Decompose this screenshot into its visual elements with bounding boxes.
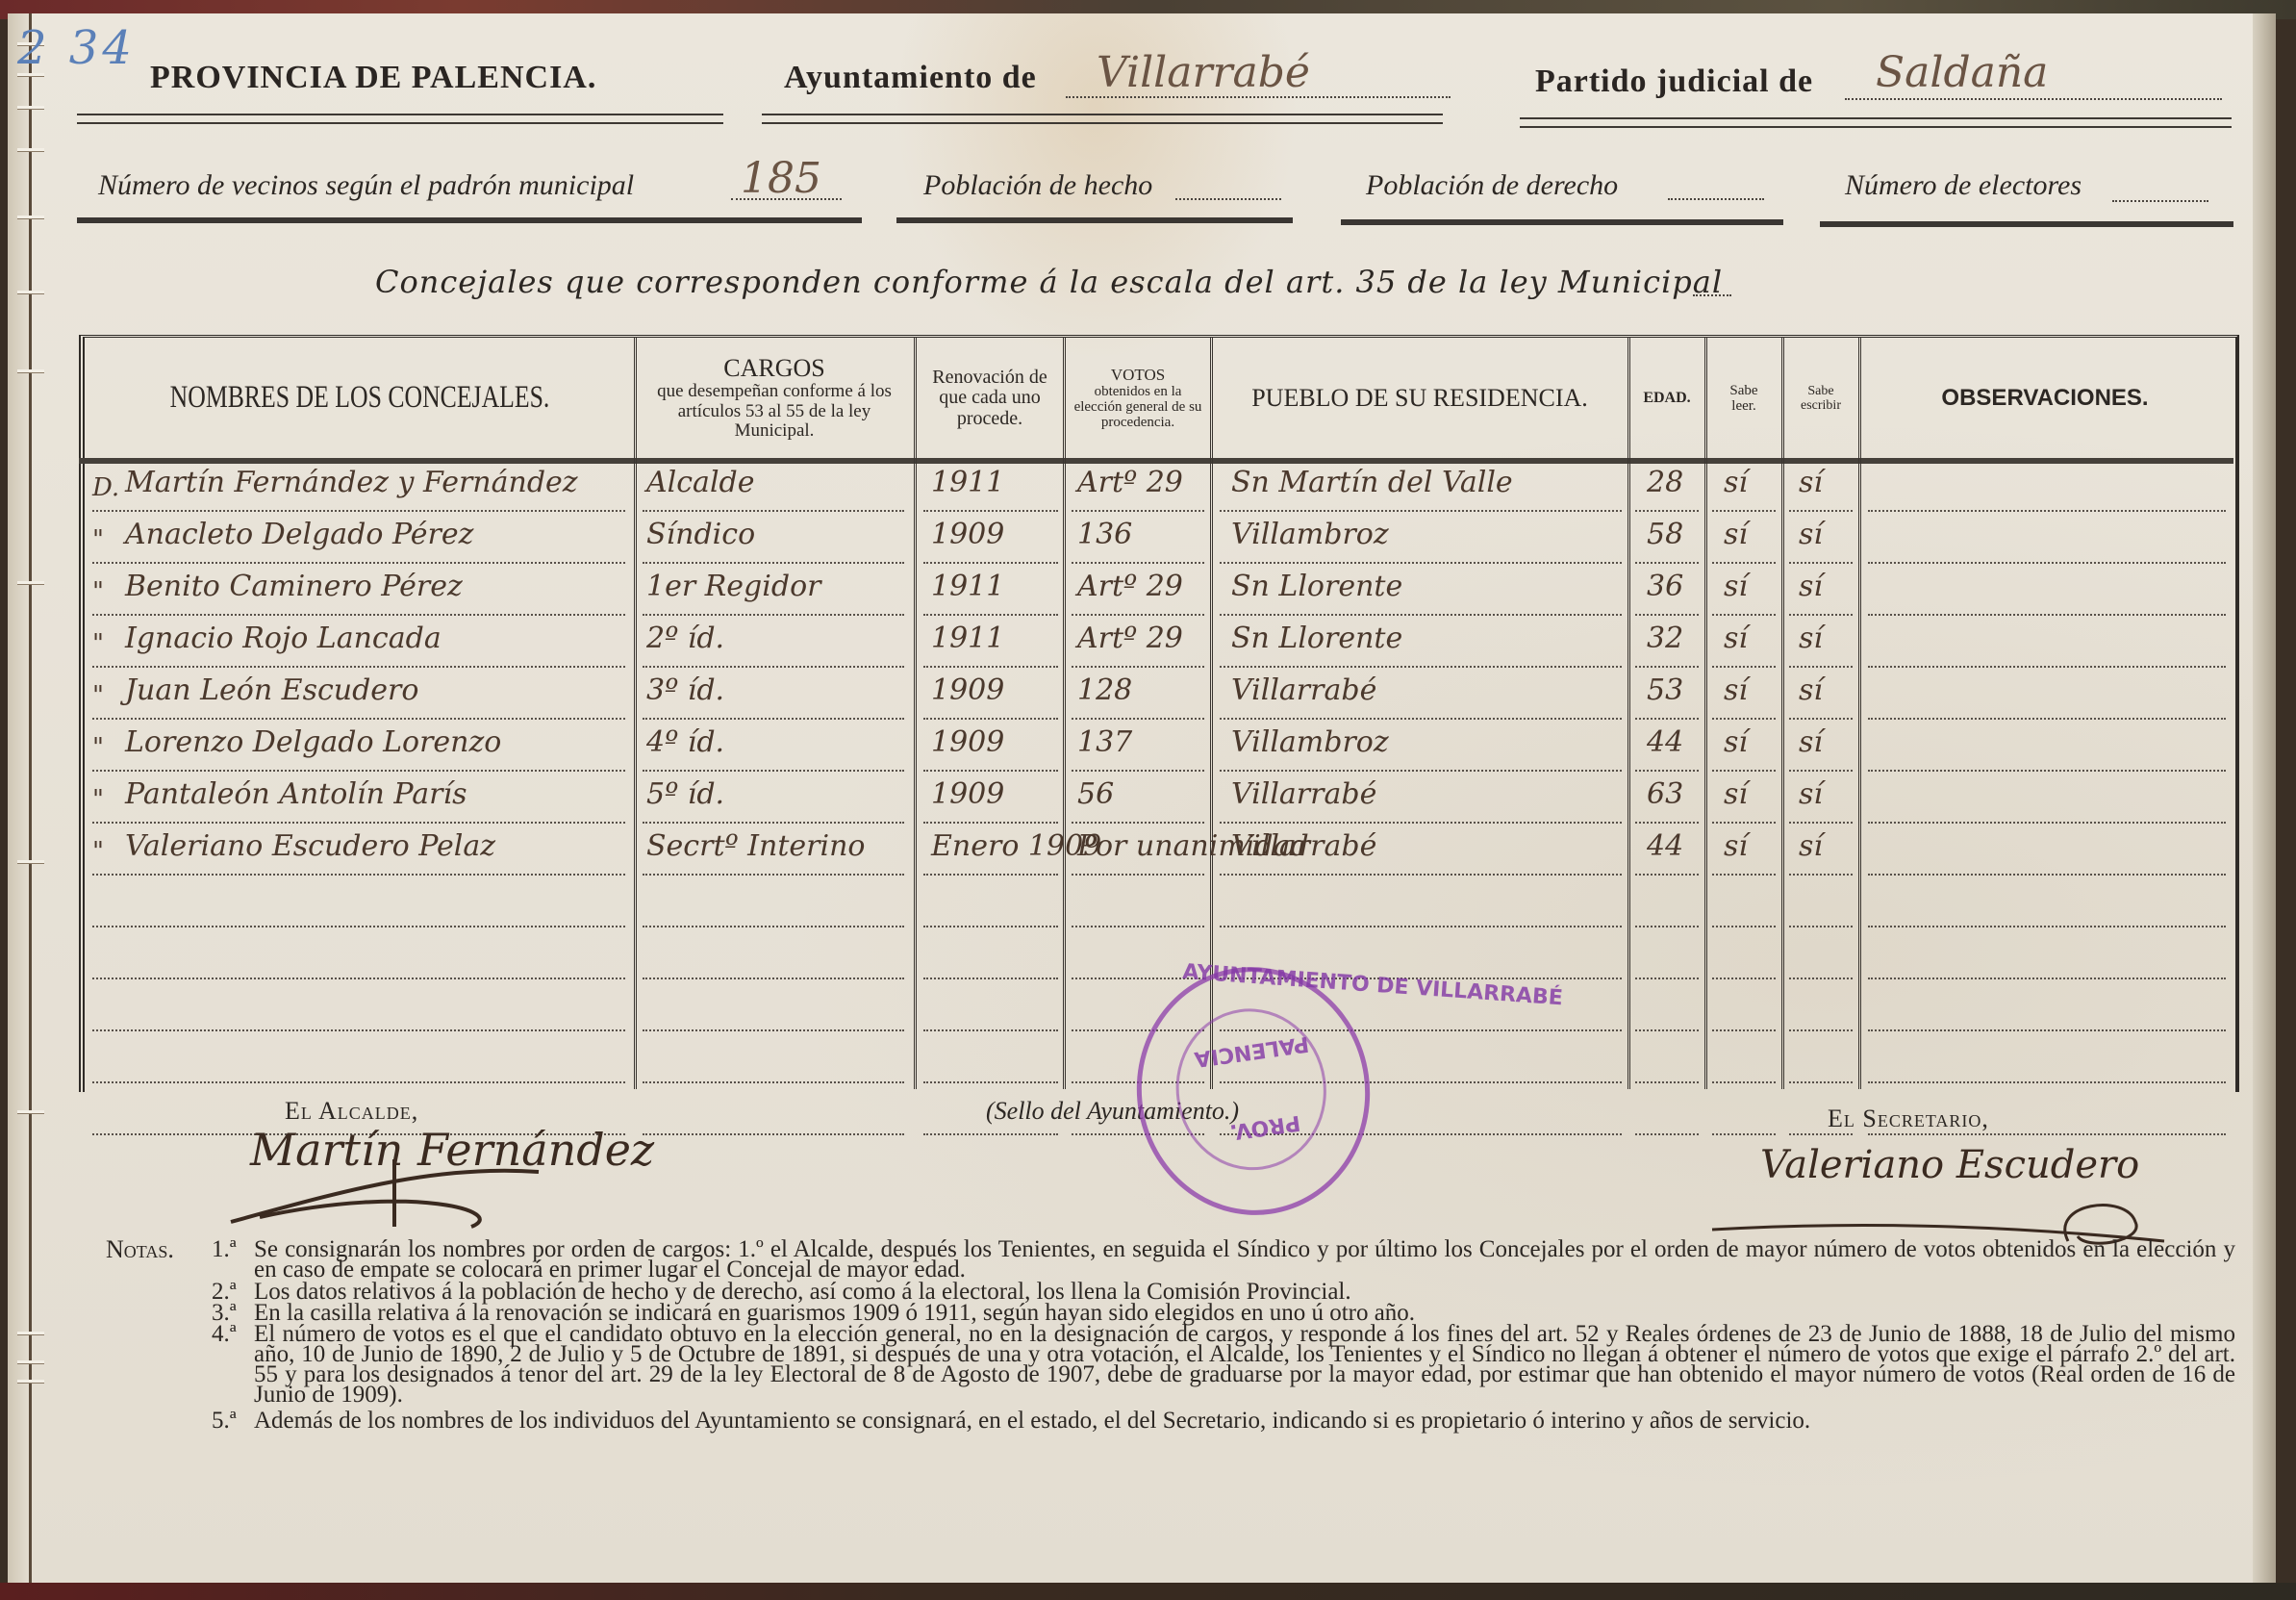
row-dotted-line	[1789, 770, 1853, 772]
row-dotted-line	[1712, 666, 1776, 668]
cell-renovacion: 1909	[931, 518, 1004, 551]
cell-votos: Artº 29	[1077, 570, 1183, 603]
cell-pueblo: Sn Martín del Valle	[1231, 466, 1513, 499]
alcalde-flourish	[221, 1155, 625, 1232]
row-dotted-line	[1868, 614, 2226, 616]
rule	[1520, 117, 2232, 128]
row-dotted-line	[643, 666, 904, 668]
note-number: 5.ª	[212, 1410, 237, 1431]
cell-pueblo: Villambroz	[1231, 725, 1389, 759]
subtitle-dotted-line	[1693, 294, 1731, 296]
row-dotted-line	[1868, 1081, 2226, 1083]
row-dotted-line	[923, 926, 1058, 927]
row-dotted-line	[1789, 510, 1853, 512]
row-dotted-line	[643, 770, 904, 772]
cell-cargo: Alcalde	[646, 466, 755, 499]
stitch-mark	[17, 1360, 44, 1363]
row-dotted-line	[1868, 926, 2226, 927]
cell-pueblo: Villarrabé	[1231, 829, 1376, 863]
poblacion-hecho-label: Población de hecho	[923, 169, 1152, 202]
row-dotted-line	[92, 874, 625, 876]
folio-number: 2 34	[17, 21, 136, 75]
row-dotted-line	[1220, 770, 1622, 772]
stitch-mark	[17, 581, 44, 584]
cell-votos: 137	[1077, 725, 1132, 759]
cell-renovacion: 1911	[931, 622, 1004, 655]
row-dotted-line	[643, 1029, 904, 1031]
row-dotted-line	[1635, 822, 1699, 824]
row-dotted-line	[1789, 978, 1853, 979]
cell-leer: sí	[1724, 829, 1748, 863]
cell-escribir: sí	[1799, 518, 1823, 551]
secretario-signature: Valeriano Escudero	[1760, 1143, 2139, 1187]
vecinos-label: Número de vecinos según el padrón munici…	[98, 169, 634, 202]
table-subtitle: Concejales que corresponden conforme á l…	[375, 264, 1723, 300]
alcalde-label: El Alcalde,	[285, 1097, 418, 1126]
row-dotted-line	[92, 978, 625, 979]
cell-edad: 28	[1647, 466, 1683, 499]
row-dotted-line	[1635, 1081, 1699, 1083]
cell-leer: sí	[1724, 518, 1748, 551]
row-dotted-line	[1220, 822, 1622, 824]
stitch-mark	[17, 148, 44, 151]
column-header-renovacion: Renovación de que cada uno procede.	[919, 343, 1061, 454]
stitch-mark	[17, 860, 44, 863]
cell-edad: 36	[1647, 570, 1683, 603]
cell-escribir: sí	[1799, 725, 1823, 759]
row-dotted-line	[1789, 874, 1853, 876]
row-dotted-line	[1072, 718, 1204, 720]
row-dotted-line	[92, 770, 625, 772]
column-header-label: Sabe leer.	[1722, 383, 1766, 414]
cell-votos: 128	[1077, 673, 1132, 707]
province-title: PROVINCIA DE PALENCIA.	[150, 60, 596, 96]
row-dotted-line	[1220, 666, 1622, 668]
row-dotted-line	[923, 822, 1058, 824]
row-dotted-line	[1220, 510, 1622, 512]
cell-cargo: 3º íd.	[646, 673, 724, 707]
row-dotted-line	[643, 718, 904, 720]
row-dotted-line	[923, 770, 1058, 772]
row-prefix: "	[92, 525, 104, 554]
cell-pueblo: Sn Llorente	[1231, 570, 1402, 603]
row-prefix: "	[92, 837, 104, 866]
column-header-label: EDAD.	[1643, 390, 1690, 406]
partido-label: Partido judicial de	[1535, 63, 1813, 100]
row-dotted-line	[1635, 614, 1699, 616]
row-dotted-line	[1712, 874, 1776, 876]
row-dotted-line	[1789, 1081, 1853, 1083]
row-dotted-line	[92, 822, 625, 824]
book-cover-bottom	[0, 1583, 2296, 1600]
cell-leer: sí	[1724, 777, 1748, 811]
column-header-sabe-escribir: Sabe escribir	[1785, 343, 1856, 454]
cell-edad: 32	[1647, 622, 1683, 655]
cell-leer: sí	[1724, 673, 1748, 707]
row-dotted-line	[92, 1029, 625, 1031]
cell-votos: Artº 29	[1077, 622, 1183, 655]
row-dotted-line	[1220, 926, 1622, 927]
cell-escribir: sí	[1799, 570, 1823, 603]
row-dotted-line	[1072, 510, 1204, 512]
stitch-mark	[17, 1110, 44, 1113]
cell-pueblo: Sn Llorente	[1231, 622, 1402, 655]
row-dotted-line	[92, 666, 625, 668]
cell-cargo: 5º íd.	[646, 777, 724, 811]
cell-cargo: 4º íd.	[646, 725, 724, 759]
row-dotted-line	[1072, 770, 1204, 772]
row-dotted-line	[923, 718, 1058, 720]
column-header-label: Renovación de que cada uno procede.	[922, 368, 1057, 430]
rule	[1341, 219, 1783, 225]
stamp-inner-ring	[1166, 999, 1337, 1180]
row-dotted-line	[1789, 666, 1853, 668]
row-prefix: "	[92, 577, 104, 606]
table-header-rule	[79, 458, 2233, 464]
row-dotted-line	[1712, 978, 1776, 979]
row-dotted-line	[1072, 562, 1204, 564]
rule	[1820, 221, 2233, 227]
row-dotted-line	[1868, 718, 2226, 720]
cell-nombre: Ignacio Rojo Lancada	[125, 622, 442, 655]
row-prefix: D.	[92, 473, 119, 502]
row-dotted-line	[923, 874, 1058, 876]
cell-nombre: Valeriano Escudero Pelaz	[125, 829, 495, 863]
cell-pueblo: Villambroz	[1231, 518, 1389, 551]
row-dotted-line	[923, 1133, 1058, 1135]
cell-escribir: sí	[1799, 829, 1823, 863]
partido-dotted-line	[1845, 98, 2222, 100]
row-dotted-line	[1868, 874, 2226, 876]
column-header-label: PUEBLO DE SU RESIDENCIA.	[1251, 385, 1588, 412]
note-number: 4.ª	[212, 1324, 237, 1344]
stitch-mark	[17, 106, 44, 109]
row-dotted-line	[1635, 926, 1699, 927]
cell-votos: 136	[1077, 518, 1132, 551]
row-dotted-line	[643, 562, 904, 564]
cell-nombre: Juan León Escudero	[125, 673, 418, 707]
row-dotted-line	[923, 614, 1058, 616]
cell-nombre: Anacleto Delgado Pérez	[125, 518, 473, 551]
row-dotted-line	[1072, 822, 1204, 824]
notes-title: Notas.	[106, 1239, 174, 1259]
row-dotted-line	[1072, 666, 1204, 668]
cell-leer: sí	[1724, 570, 1748, 603]
row-dotted-line	[1712, 1133, 1776, 1135]
cell-renovacion: 1911	[931, 466, 1004, 499]
row-dotted-line	[1220, 614, 1622, 616]
cell-escribir: sí	[1799, 777, 1823, 811]
electores-field[interactable]	[2112, 200, 2208, 202]
column-header-label: CARGOS	[723, 355, 824, 382]
row-dotted-line	[1712, 614, 1776, 616]
column-header-nombres: NOMBRES DE LOS CONCEJALES.	[148, 343, 571, 454]
row-dotted-line	[92, 562, 625, 564]
row-dotted-line	[643, 822, 904, 824]
row-prefix: "	[92, 785, 104, 814]
cell-pueblo: Villarrabé	[1231, 673, 1376, 707]
row-dotted-line	[1712, 770, 1776, 772]
row-dotted-line	[1072, 614, 1204, 616]
cell-edad: 44	[1647, 829, 1683, 863]
row-dotted-line	[1789, 562, 1853, 564]
row-dotted-line	[1789, 614, 1853, 616]
cell-cargo: Síndico	[646, 518, 755, 551]
row-dotted-line	[1635, 874, 1699, 876]
row-dotted-line	[923, 666, 1058, 668]
rule	[77, 217, 862, 223]
row-dotted-line	[1868, 1133, 2226, 1135]
rule	[896, 217, 1293, 223]
poblacion-derecho-field[interactable]	[1668, 198, 1764, 200]
cell-escribir: sí	[1799, 673, 1823, 707]
cell-nombre: Lorenzo Delgado Lorenzo	[125, 725, 501, 759]
row-dotted-line	[643, 926, 904, 927]
cell-renovacion: 1909	[931, 777, 1004, 811]
row-dotted-line	[1635, 666, 1699, 668]
cell-cargo: 1er Regidor	[646, 570, 820, 603]
cell-nombre: Pantaleón Antolín París	[125, 777, 467, 811]
cell-cargo: 2º íd.	[646, 622, 724, 655]
row-dotted-line	[1635, 1029, 1699, 1031]
column-header-label: VOTOS	[1111, 367, 1165, 384]
row-dotted-line	[1712, 562, 1776, 564]
row-dotted-line	[923, 1081, 1058, 1083]
note-text: Además de los nombres de los individuos …	[254, 1410, 2235, 1431]
row-dotted-line	[92, 926, 625, 927]
row-dotted-line	[1072, 874, 1204, 876]
note-text: El número de votos es el que el candidat…	[254, 1324, 2235, 1405]
row-dotted-line	[1635, 718, 1699, 720]
row-dotted-line	[643, 510, 904, 512]
note-text: Los datos relativos á la población de he…	[254, 1282, 2235, 1302]
row-dotted-line	[1220, 562, 1622, 564]
cell-nombre: Benito Caminero Pérez	[125, 570, 463, 603]
row-prefix: "	[92, 629, 104, 658]
row-dotted-line	[1868, 822, 2226, 824]
row-dotted-line	[92, 510, 625, 512]
cell-leer: sí	[1724, 622, 1748, 655]
cell-renovacion: 1909	[931, 725, 1004, 759]
cell-renovacion: 1911	[931, 570, 1004, 603]
column-header-sublabel: obtenidos en la elección general de su p…	[1068, 384, 1208, 431]
row-dotted-line	[1635, 562, 1699, 564]
row-dotted-line	[643, 614, 904, 616]
row-dotted-line	[92, 1081, 625, 1083]
partido-value: Saldaña	[1876, 48, 2048, 97]
note-number: 1.ª	[212, 1239, 237, 1259]
column-header-label: NOMBRES DE LOS CONCEJALES.	[170, 381, 550, 416]
cell-votos: Artº 29	[1077, 466, 1183, 499]
note-number: 3.ª	[212, 1303, 237, 1323]
row-dotted-line	[1789, 1133, 1853, 1135]
row-prefix: "	[92, 681, 104, 710]
row-dotted-line	[923, 1029, 1058, 1031]
stitch-mark	[17, 1380, 44, 1383]
row-dotted-line	[1712, 822, 1776, 824]
row-dotted-line	[1635, 510, 1699, 512]
stitch-mark	[17, 216, 44, 218]
electores-label: Número de electores	[1845, 169, 2082, 202]
row-dotted-line	[643, 1133, 904, 1135]
cell-escribir: sí	[1799, 622, 1823, 655]
row-dotted-line	[643, 1081, 904, 1083]
ayuntamiento-label: Ayuntamiento de	[784, 60, 1037, 96]
page-edge	[2253, 13, 2276, 1584]
cell-edad: 44	[1647, 725, 1683, 759]
cell-leer: sí	[1724, 725, 1748, 759]
cell-renovacion: Enero 1909	[931, 829, 1101, 863]
row-dotted-line	[923, 978, 1058, 979]
column-header-pueblo: PUEBLO DE SU RESIDENCIA.	[1214, 343, 1626, 454]
row-dotted-line	[1712, 510, 1776, 512]
column-header-observaciones: OBSERVACIONES.	[1862, 343, 2228, 454]
ayuntamiento-value: Villarrabé	[1097, 48, 1310, 97]
cell-renovacion: 1909	[931, 673, 1004, 707]
row-dotted-line	[1789, 1029, 1853, 1031]
row-dotted-line	[1635, 978, 1699, 979]
binding-edge	[8, 13, 32, 1584]
secretario-label: El Secretario,	[1828, 1105, 1989, 1133]
cell-edad: 53	[1647, 673, 1683, 707]
cell-nombre: Martín Fernández y Fernández	[125, 466, 578, 499]
cell-pueblo: Villarrabé	[1231, 777, 1376, 811]
row-dotted-line	[1712, 1081, 1776, 1083]
column-header-votos: VOTOS obtenidos en la elección general d…	[1068, 343, 1208, 454]
row-dotted-line	[923, 510, 1058, 512]
vecinos-value: 185	[741, 154, 821, 203]
row-dotted-line	[1868, 1029, 2226, 1031]
column-header-cargos: CARGOS que desempeñan conforme á los art…	[637, 343, 912, 454]
stitch-mark	[17, 291, 44, 293]
note-number: 2.ª	[212, 1282, 237, 1302]
column-header-sabe-leer: Sabe leer.	[1708, 343, 1779, 454]
row-dotted-line	[1789, 822, 1853, 824]
row-dotted-line	[1868, 770, 2226, 772]
row-prefix: "	[92, 733, 104, 762]
cell-edad: 58	[1647, 518, 1683, 551]
row-dotted-line	[92, 718, 625, 720]
row-dotted-line	[92, 614, 625, 616]
cell-edad: 63	[1647, 777, 1683, 811]
row-dotted-line	[1868, 666, 2226, 668]
cell-leer: sí	[1724, 466, 1748, 499]
column-header-sublabel: que desempeñan conforme á los artículos …	[637, 382, 912, 442]
column-header-label: Sabe escribir	[1791, 384, 1851, 413]
row-dotted-line	[923, 562, 1058, 564]
cell-escribir: sí	[1799, 466, 1823, 499]
row-dotted-line	[643, 874, 904, 876]
column-header-edad: EDAD.	[1631, 343, 1703, 454]
row-dotted-line	[1789, 926, 1853, 927]
row-dotted-line	[1635, 1133, 1699, 1135]
row-dotted-line	[1868, 562, 2226, 564]
row-dotted-line	[1789, 718, 1853, 720]
row-dotted-line	[1868, 510, 2226, 512]
row-dotted-line	[1712, 1029, 1776, 1031]
row-dotted-line	[1072, 926, 1204, 927]
cell-cargo: Secrtº Interino	[646, 829, 865, 863]
rule	[77, 114, 723, 124]
row-dotted-line	[1220, 874, 1622, 876]
row-dotted-line	[1635, 770, 1699, 772]
row-dotted-line	[1712, 718, 1776, 720]
poblacion-hecho-field[interactable]	[1175, 198, 1281, 200]
row-dotted-line	[1220, 718, 1622, 720]
row-dotted-line	[1868, 978, 2226, 979]
note-text: En la casilla relativa á la renovación s…	[254, 1303, 2235, 1323]
poblacion-derecho-label: Población de derecho	[1366, 169, 1618, 202]
column-header-label: OBSERVACIONES.	[1941, 386, 2148, 411]
row-dotted-line	[643, 978, 904, 979]
stitch-mark	[17, 369, 44, 372]
cell-votos: 56	[1077, 777, 1114, 811]
row-dotted-line	[1712, 926, 1776, 927]
stitch-mark	[17, 1332, 44, 1334]
note-text: Se consignarán los nombres por orden de …	[254, 1239, 2235, 1280]
rule	[762, 114, 1443, 124]
